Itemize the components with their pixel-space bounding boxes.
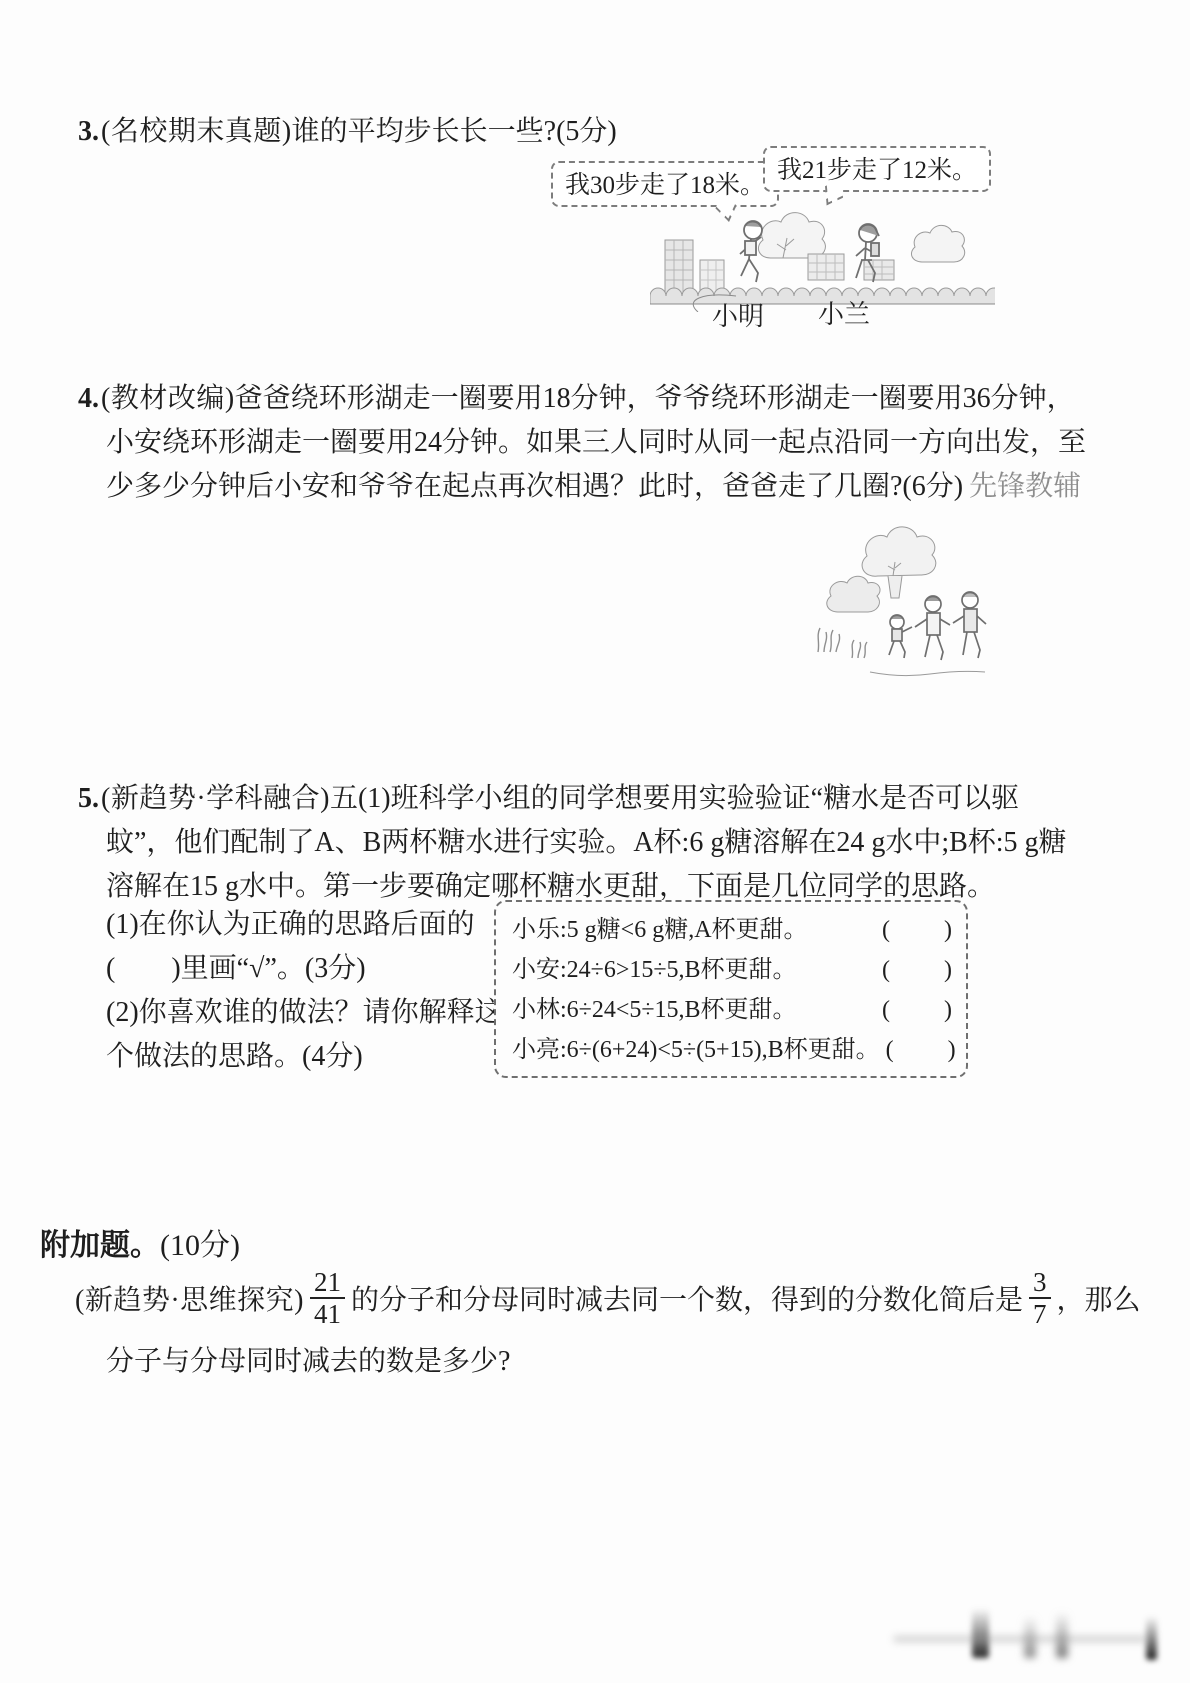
- label-xiaoming: 小明: [712, 296, 764, 333]
- question-5-sub2-line1: (2)你喜欢谁的做法？请你解释这: [106, 991, 503, 1035]
- option-row-xiaoliang: 小亮:6÷(6+24)<5÷(5+15),B杯更甜。 ( ): [512, 1030, 954, 1070]
- answer-paren[interactable]: ( ): [882, 950, 954, 990]
- question-3-tag: (名校期末真题): [101, 116, 292, 147]
- question-5-sub1-line1: (1)在你认为正确的思路后面的: [106, 903, 475, 947]
- option-row-xiaoan: 小安:24÷6>15÷5,B杯更甜。 ( ): [512, 950, 954, 990]
- extra-question-after: ，那么: [1057, 1278, 1141, 1318]
- student-ideas-box: 小乐:5 g糖<6 g糖,A杯更甜。 ( ) 小安:24÷6>15÷5,B杯更甜…: [494, 900, 968, 1078]
- speech-bubble-xiaoming: 我30步走了18米。: [551, 161, 779, 207]
- option-text: 小亮:6÷(6+24)<5÷(5+15),B杯更甜。: [512, 1030, 880, 1070]
- question-4-text3: 少多少分钟后小安和爷爷在起点再次相遇？此时，爸爸走了几圈?(6分): [106, 471, 963, 502]
- option-row-xiaole: 小乐:5 g糖<6 g糖,A杯更甜。 ( ): [512, 910, 954, 950]
- extra-question-line2: 分子与分母同时减去的数是多少?: [106, 1340, 510, 1384]
- ink-smudge: [972, 1608, 989, 1658]
- extra-question-mid: 的分子和分母同时减去同一个数，得到的分数化简后是: [351, 1278, 1023, 1318]
- question-3-title: 3.(名校期末真题)谁的平均步长长一些?(5分): [78, 110, 617, 154]
- question-5-line2: 蚊”，他们配制了A、B两杯糖水进行实验。A杯:6 g糖溶解在24 g水中;B杯:…: [106, 821, 1067, 865]
- fraction-numerator: 21: [310, 1267, 345, 1299]
- fraction-denominator: 41: [310, 1299, 345, 1329]
- question-5-tag: (新趋势·学科融合): [101, 783, 330, 814]
- option-text: 小乐:5 g糖<6 g糖,A杯更甜。: [512, 910, 808, 950]
- fraction-3-7: 3 7: [1029, 1267, 1051, 1329]
- illustration-family-walking: [800, 512, 995, 684]
- exam-page: 3.(名校期末真题)谁的平均步长长一些?(5分) 我30步走了18米。 我21步…: [0, 0, 1190, 1683]
- question-5-text1: 五(1)班科学小组的同学想要用实验验证“糖水是否可以驱: [330, 783, 1019, 814]
- answer-paren[interactable]: ( ): [882, 990, 954, 1030]
- fraction-numerator: 3: [1029, 1267, 1051, 1299]
- speech-bubble-xiaolan: 我21步走了12米。: [763, 146, 991, 192]
- answer-paren[interactable]: ( ): [886, 1030, 958, 1070]
- question-4-line3: 少多少分钟后小安和爷爷在起点再次相遇？此时，爸爸走了几圈?(6分)先锋教辅: [106, 465, 1081, 509]
- option-row-xiaolin: 小林:6÷24<5÷15,B杯更甜。 ( ): [512, 990, 954, 1030]
- extra-question-line1: (新趋势·思维探究) 21 41 的分子和分母同时减去同一个数，得到的分数化简后…: [75, 1256, 1141, 1340]
- speech-bubble-xiaoming-text: 我30步走了18米。: [565, 172, 765, 199]
- question-5-sub2-line2: 个做法的思路。(4分): [106, 1035, 363, 1079]
- question-5-number: 5.: [78, 783, 99, 814]
- ink-smudge: [1056, 1612, 1068, 1658]
- question-4-tag: (教材改编): [101, 383, 235, 414]
- label-xiaolan: 小兰: [818, 294, 870, 331]
- extra-question-tag: (新趋势·思维探究): [75, 1278, 304, 1318]
- question-5-sub1-line2: ( )里画“√”。(3分): [106, 947, 366, 991]
- option-text: 小安:24÷6>15÷5,B杯更甜。: [512, 950, 797, 990]
- question-3-number: 3.: [78, 116, 99, 147]
- fraction-21-41: 21 41: [310, 1267, 345, 1329]
- question-5-line1: 5.(新趋势·学科融合)五(1)班科学小组的同学想要用实验验证“糖水是否可以驱: [78, 777, 1019, 821]
- publisher-watermark: 先锋教辅: [969, 471, 1081, 502]
- question-4-number: 4.: [78, 383, 99, 414]
- answer-paren[interactable]: ( ): [882, 910, 954, 950]
- question-4-text1: 爸爸绕环形湖走一圈要用18分钟，爷爷绕环形湖走一圈要用36分钟，: [235, 383, 1075, 414]
- ink-smudge: [893, 1636, 1148, 1642]
- fraction-denominator: 7: [1029, 1299, 1051, 1329]
- question-4-line1: 4.(教材改编)爸爸绕环形湖走一圈要用18分钟，爷爷绕环形湖走一圈要用36分钟，: [78, 377, 1075, 421]
- speech-bubble-xiaolan-text: 我21步走了12米。: [777, 157, 977, 184]
- question-4-line2: 小安绕环形湖走一圈要用24分钟。如果三人同时从同一起点沿同一方向出发，至: [106, 421, 1086, 465]
- question-3-text: 谁的平均步长长一些?(5分): [292, 116, 617, 147]
- option-text: 小林:6÷24<5÷15,B杯更甜。: [512, 990, 797, 1030]
